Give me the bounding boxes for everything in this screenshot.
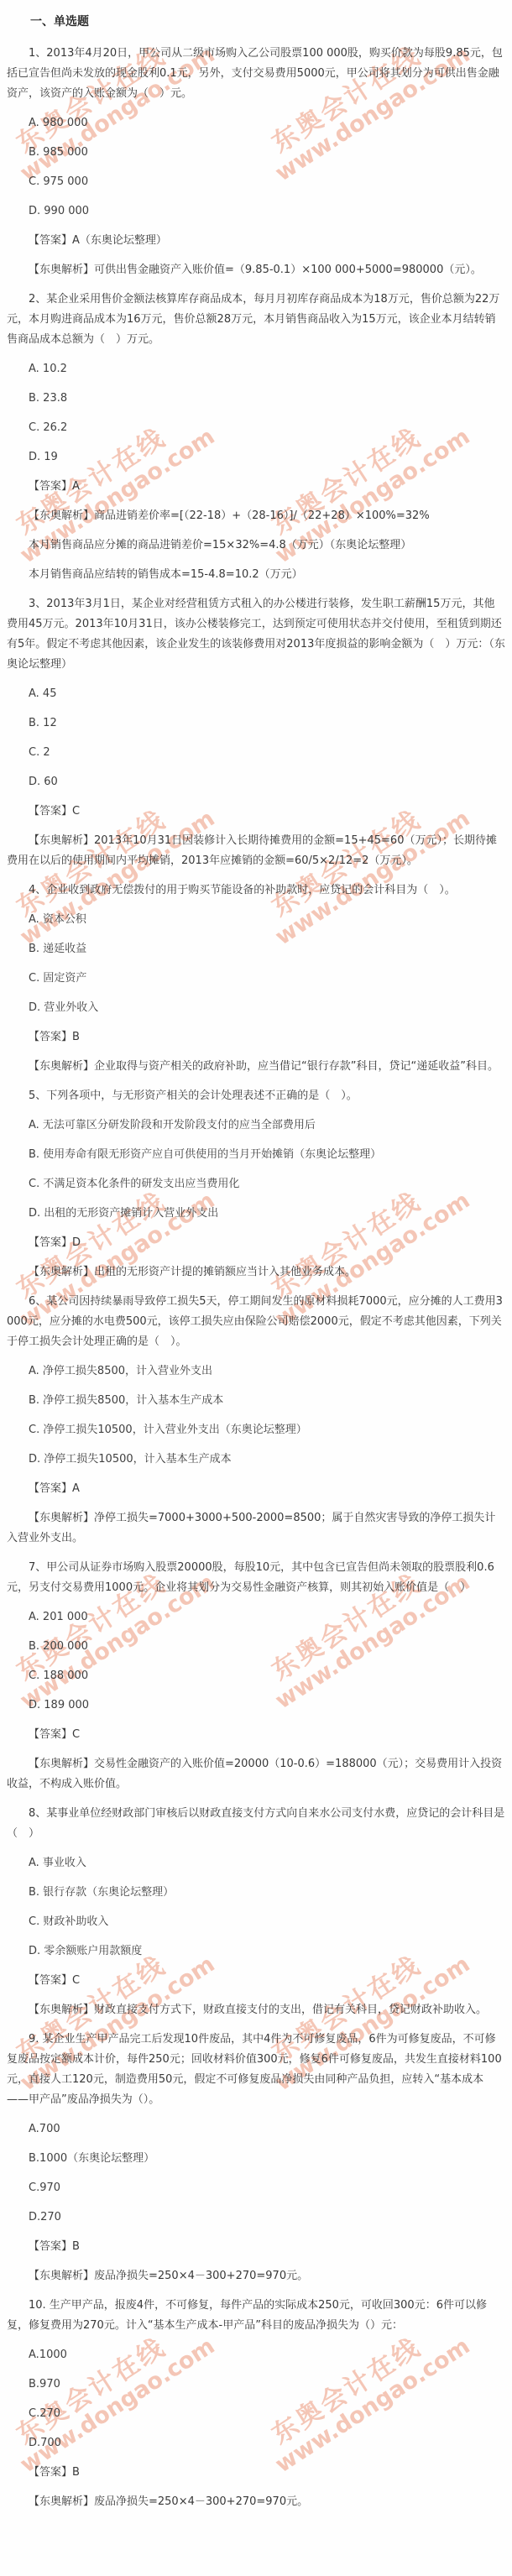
- option-item: C. 2: [7, 743, 505, 763]
- option-item: A. 980 000: [7, 113, 505, 133]
- analysis-block: 【东奥解析】废品净损失=250×4－300+270=970元。: [7, 2266, 505, 2286]
- analysis-paragraph: 【东奥解析】可供出售金融资产入账价值=（9.85-0.1）×100 000+50…: [7, 260, 505, 280]
- answer-line: 【答案】A（东奥论坛整理）: [7, 231, 505, 251]
- question-block: 2、某企业采用售价金额法核算库存商品成本，每月月初库存商品成本为18万元，售价总…: [7, 290, 505, 585]
- option-item: D.700: [7, 2433, 505, 2453]
- option-list: A. 45B. 12C. 2D. 60: [7, 684, 505, 792]
- question-block: 5、下列各项中，与无形资产相关的会计处理表述不正确的是（ ）。 A. 无法可靠区…: [7, 1086, 505, 1283]
- question-stem: 7、甲公司从证券市场购入股票20000股，每股10元，其中包含已宣告但尚未领取的…: [7, 1558, 505, 1598]
- section-title: 一、单选题: [7, 12, 505, 32]
- option-item: A. 45: [7, 684, 505, 704]
- question-block: 8、某事业单位经财政部门审核后以财政直接支付方式向自来水公司支付水费，应贷记的会…: [7, 1804, 505, 2020]
- question-stem: 2、某企业采用售价金额法核算库存商品成本，每月月初库存商品成本为18万元，售价总…: [7, 290, 505, 350]
- analysis-block: 【东奥解析】净停工损失=7000+3000+500-2000=8500；属于自然…: [7, 1508, 505, 1549]
- answer-line: 【答案】B: [7, 2463, 505, 2483]
- option-list: A.1000B.970C.270D.700: [7, 2345, 505, 2453]
- question-block: 7、甲公司从证券市场购入股票20000股，每股10元，其中包含已宣告但尚未领取的…: [7, 1558, 505, 1795]
- option-item: B.970: [7, 2375, 505, 2395]
- option-list: A. 净停工损失8500，计入营业外支出B. 净停工损失8500，计入基本生产成…: [7, 1361, 505, 1470]
- analysis-paragraph: 【东奥解析】财政直接支付方式下，财政直接支付的支出，借记有关科目，贷记财政补助收…: [7, 2000, 505, 2020]
- answer-line: 【答案】A: [7, 1479, 505, 1499]
- analysis-block: 【东奥解析】2013年10月31日因装修计入长期待摊费用的金额=15+45=60…: [7, 831, 505, 871]
- answer-line: 【答案】A: [7, 477, 505, 497]
- option-item: C. 975 000: [7, 172, 505, 192]
- question-block: 9. 某企业生产甲产品完工后发现10件废品，其中4件为不可修复废品，6件为可修复…: [7, 2030, 505, 2286]
- analysis-paragraph: 本月销售商品应分摊的商品进销差价=15×32%=4.8（万元）（东奥论坛整理）: [7, 536, 505, 556]
- document-page: 东奥会计在线www.dongao.com东奥会计在线www.dongao.com…: [0, 0, 512, 2576]
- question-stem: 6、某公司因持续暴雨导致停工损失5天，停工期间发生的原材料损耗7000元，应分摊…: [7, 1292, 505, 1352]
- option-list: A.700B.1000（东奥论坛整理）C.970D.270: [7, 2119, 505, 2228]
- question-stem: 9. 某企业生产甲产品完工后发现10件废品，其中4件为不可修复废品，6件为可修复…: [7, 2030, 505, 2110]
- answer-line: 【答案】D: [7, 1233, 505, 1253]
- question-block: 6、某公司因持续暴雨导致停工损失5天，停工期间发生的原材料损耗7000元，应分摊…: [7, 1292, 505, 1549]
- question-stem: 5、下列各项中，与无形资产相关的会计处理表述不正确的是（ ）。: [7, 1086, 505, 1106]
- option-item: B. 银行存款（东奥论坛整理）: [7, 1883, 505, 1903]
- option-item: A. 资本公积: [7, 910, 505, 930]
- option-item: D. 营业外收入: [7, 998, 505, 1018]
- question-stem: 8、某事业单位经财政部门审核后以财政直接支付方式向自来水公司支付水费，应贷记的会…: [7, 1804, 505, 1844]
- analysis-paragraph: 【东奥解析】交易性金融资产的入账价值=20000（10-0.6）=188000（…: [7, 1754, 505, 1795]
- analysis-paragraph: 【东奥解析】企业取得与资产相关的政府补助，应当借记“银行存款”科目，贷记“递延收…: [7, 1057, 505, 1077]
- question-stem: 10. 生产甲产品，报废4件，不可修复，每件产品的实际成本250元，可收回300…: [7, 2296, 505, 2336]
- analysis-block: 【东奥解析】出租的无形资产计提的摊销额应当计入其他业务成本。: [7, 1262, 505, 1283]
- option-item: D. 出租的无形资产摊销计入营业外支出: [7, 1204, 505, 1224]
- option-item: D. 19: [7, 447, 505, 468]
- answer-line: 【答案】B: [7, 2237, 505, 2257]
- option-item: C. 固定资产: [7, 969, 505, 989]
- analysis-block: 【东奥解析】财政直接支付方式下，财政直接支付的支出，借记有关科目，贷记财政补助收…: [7, 2000, 505, 2020]
- option-item: D.270: [7, 2208, 505, 2228]
- analysis-block: 【东奥解析】交易性金融资产的入账价值=20000（10-0.6）=188000（…: [7, 1754, 505, 1795]
- answer-line: 【答案】C: [7, 1725, 505, 1745]
- document-content: 一、单选题 1、2013年4月20日，甲公司从二级市场购入乙公司股票100 00…: [0, 0, 512, 2512]
- option-item: A. 10.2: [7, 359, 505, 379]
- answer-line: 【答案】C: [7, 802, 505, 822]
- option-item: B. 985 000: [7, 143, 505, 163]
- option-item: C. 财政补助收入: [7, 1912, 505, 1932]
- analysis-block: 【东奥解析】商品进销差价率=[（22-18）+（28-16）]/（22+28）×…: [7, 506, 505, 585]
- question-block: 3、2013年3月1日，某企业对经营租赁方式租入的办公楼进行装修，发生职工薪酬1…: [7, 594, 505, 871]
- question-list: 1、2013年4月20日，甲公司从二级市场购入乙公司股票100 000股，购买价…: [7, 44, 505, 2512]
- answer-line: 【答案】B: [7, 1027, 505, 1048]
- question-stem: 1、2013年4月20日，甲公司从二级市场购入乙公司股票100 000股，购买价…: [7, 44, 505, 104]
- answer-line: 【答案】C: [7, 1971, 505, 1991]
- option-item: A.700: [7, 2119, 505, 2140]
- analysis-block: 【东奥解析】可供出售金融资产入账价值=（9.85-0.1）×100 000+50…: [7, 260, 505, 280]
- option-list: A. 980 000B. 985 000C. 975 000D. 990 000: [7, 113, 505, 222]
- option-item: B. 净停工损失8500，计入基本生产成本: [7, 1391, 505, 1411]
- option-item: A. 净停工损失8500，计入营业外支出: [7, 1361, 505, 1382]
- option-item: B. 200 000: [7, 1637, 505, 1657]
- question-block: 4、企业收到政府无偿拨付的用于购买节能设备的补助款时，应贷记的会计科目为（ ）。…: [7, 880, 505, 1077]
- option-item: A.1000: [7, 2345, 505, 2365]
- option-item: B. 12: [7, 713, 505, 734]
- question-stem: 4、企业收到政府无偿拨付的用于购买节能设备的补助款时，应贷记的会计科目为（ ）。: [7, 880, 505, 901]
- option-item: D. 60: [7, 772, 505, 792]
- analysis-paragraph: 【东奥解析】商品进销差价率=[（22-18）+（28-16）]/（22+28）×…: [7, 506, 505, 526]
- question-block: 10. 生产甲产品，报废4件，不可修复，每件产品的实际成本250元，可收回300…: [7, 2296, 505, 2512]
- option-list: A. 201 000B. 200 000C. 188 000D. 189 000: [7, 1607, 505, 1716]
- option-list: A. 10.2B. 23.8C. 26.2D. 19: [7, 359, 505, 468]
- analysis-paragraph: 【东奥解析】出租的无形资产计提的摊销额应当计入其他业务成本。: [7, 1262, 505, 1283]
- option-list: A. 资本公积B. 递延收益C. 固定资产D. 营业外收入: [7, 910, 505, 1018]
- option-item: B. 使用寿命有限无形资产应自可供使用的当月开始摊销（东奥论坛整理）: [7, 1145, 505, 1165]
- option-item: D. 990 000: [7, 201, 505, 222]
- option-item: C. 188 000: [7, 1666, 505, 1686]
- option-item: C.270: [7, 2404, 505, 2424]
- analysis-paragraph: 本月销售商品应结转的销售成本=15-4.8=10.2（万元）: [7, 565, 505, 585]
- option-item: B.1000（东奥论坛整理）: [7, 2149, 505, 2169]
- analysis-paragraph: 【东奥解析】2013年10月31日因装修计入长期待摊费用的金额=15+45=60…: [7, 831, 505, 871]
- option-list: A. 事业收入B. 银行存款（东奥论坛整理）C. 财政补助收入D. 零余额账户用…: [7, 1853, 505, 1962]
- option-item: C. 净停工损失10500，计入营业外支出（东奥论坛整理）: [7, 1420, 505, 1440]
- option-item: C. 不满足资本化条件的研发支出应当费用化: [7, 1174, 505, 1194]
- analysis-block: 【东奥解析】废品净损失=250×4－300+270=970元。: [7, 2492, 505, 2512]
- option-item: A. 201 000: [7, 1607, 505, 1628]
- option-item: B. 23.8: [7, 389, 505, 409]
- analysis-paragraph: 【东奥解析】废品净损失=250×4－300+270=970元。: [7, 2492, 505, 2512]
- analysis-paragraph: 【东奥解析】净停工损失=7000+3000+500-2000=8500；属于自然…: [7, 1508, 505, 1549]
- option-item: C. 26.2: [7, 418, 505, 438]
- question-block: 1、2013年4月20日，甲公司从二级市场购入乙公司股票100 000股，购买价…: [7, 44, 505, 280]
- option-list: A. 无法可靠区分研发阶段和开发阶段支付的应当全部费用后B. 使用寿命有限无形资…: [7, 1116, 505, 1224]
- option-item: A. 无法可靠区分研发阶段和开发阶段支付的应当全部费用后: [7, 1116, 505, 1136]
- option-item: D. 零余额账户用款额度: [7, 1941, 505, 1962]
- option-item: C.970: [7, 2178, 505, 2198]
- question-stem: 3、2013年3月1日，某企业对经营租赁方式租入的办公楼进行装修，发生职工薪酬1…: [7, 594, 505, 675]
- option-item: D. 净停工损失10500，计入基本生产成本: [7, 1450, 505, 1470]
- option-item: A. 事业收入: [7, 1853, 505, 1873]
- analysis-block: 【东奥解析】企业取得与资产相关的政府补助，应当借记“银行存款”科目，贷记“递延收…: [7, 1057, 505, 1077]
- option-item: D. 189 000: [7, 1696, 505, 1716]
- option-item: B. 递延收益: [7, 939, 505, 959]
- analysis-paragraph: 【东奥解析】废品净损失=250×4－300+270=970元。: [7, 2266, 505, 2286]
